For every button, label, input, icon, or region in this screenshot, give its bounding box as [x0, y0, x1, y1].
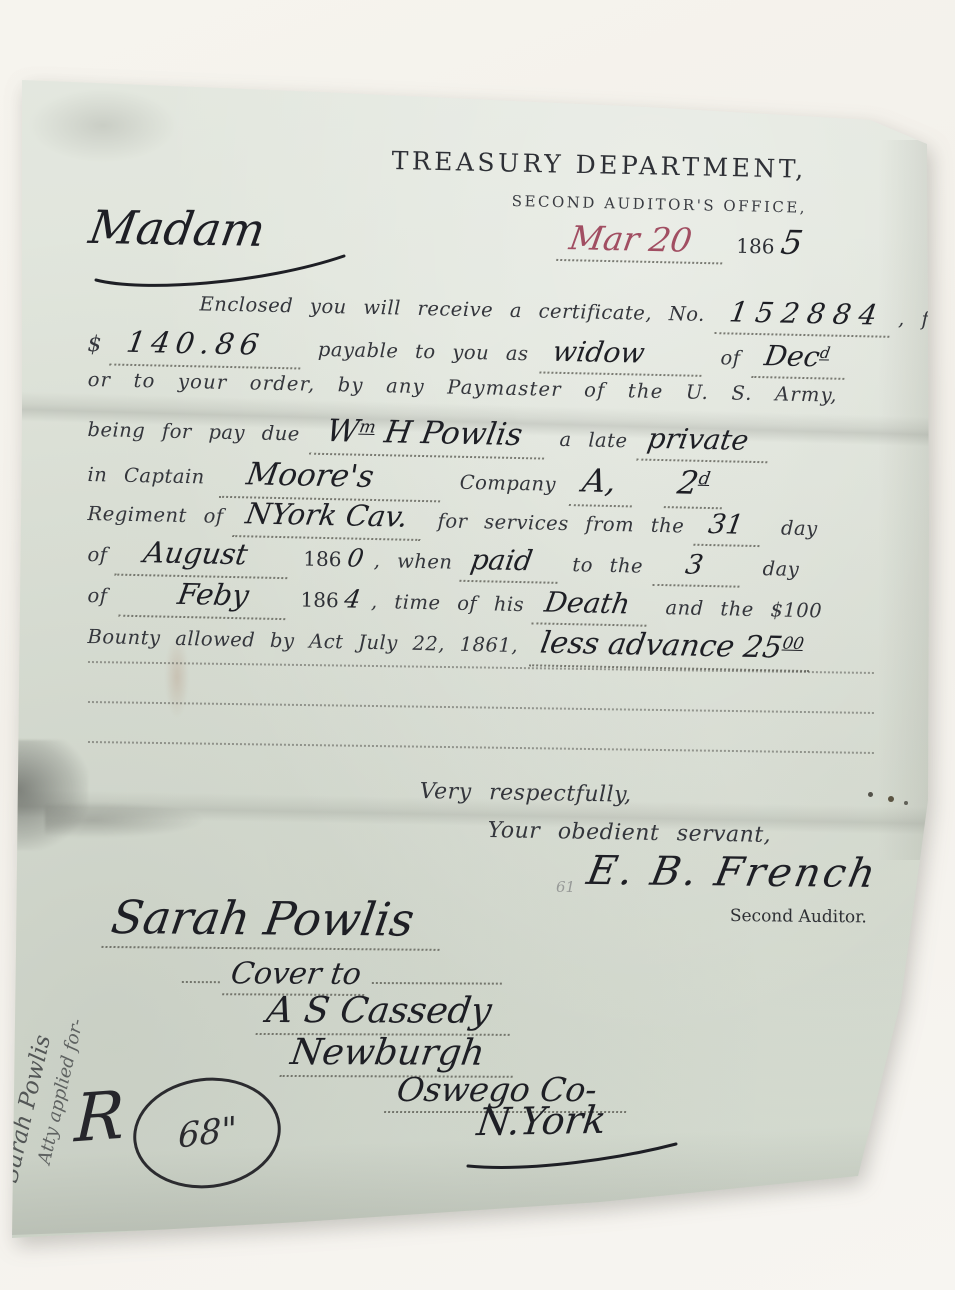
soldier-surname: H Powlis: [372, 414, 525, 453]
printed-text: , for: [898, 307, 952, 331]
deceased-sup: d: [819, 344, 832, 362]
certificate-number: 152884: [714, 294, 895, 338]
paid-to-day: 3: [652, 547, 745, 588]
death-cause: Death: [531, 584, 652, 627]
stain-top-left: [28, 88, 178, 163]
printed-text: Bounty allowed by Act July 22, 1861,: [87, 625, 518, 657]
speck: [888, 796, 894, 802]
printed-text: of: [720, 346, 740, 369]
closing-respectfully: Very respectfully,: [420, 779, 632, 808]
header-department: TREASURY DEPARTMENT,: [391, 146, 807, 184]
printed-text: of: [87, 584, 107, 607]
death-year-digit: 4: [342, 583, 363, 616]
circled-number-oval: 68": [127, 1069, 287, 1196]
edge-shading-right: [878, 140, 930, 860]
paper-shadow: TREASURY DEPARTMENT, SECOND AUDITOR'S OF…: [0, 0, 955, 1290]
printed-text: day: [781, 517, 818, 541]
regiment-number: 2d: [664, 462, 729, 509]
printed-text: , time of his: [371, 590, 525, 616]
date-year-digit: 5: [779, 223, 806, 262]
printed-text: for services from the: [437, 509, 684, 537]
ink-smudge-left: [0, 740, 88, 850]
regiment-number-sup: d: [698, 469, 712, 489]
deceased-abbr: Decd: [751, 338, 850, 380]
date-written: Mar 20: [556, 218, 729, 264]
letter-mark: R: [73, 1077, 125, 1158]
docket-state: N.York: [475, 1098, 609, 1144]
printed-text: a late: [559, 428, 628, 452]
soldier-initial: W: [324, 413, 362, 450]
printed-text: to the: [572, 553, 643, 577]
docket-recipient: Sarah Powlis: [101, 890, 447, 951]
printed-text: of: [87, 543, 107, 566]
signature: E. B. French: [583, 848, 882, 897]
deduction-note: less advance 2500: [529, 623, 816, 672]
dotted-blank: [372, 980, 502, 985]
speck: [868, 792, 873, 797]
dotted-blank: [182, 979, 220, 983]
service-start-year-digit: 0: [345, 542, 366, 575]
blank-ruled-line: [88, 701, 874, 714]
printed-text: being for pay due: [87, 418, 300, 445]
dollar-sign: $: [87, 332, 102, 357]
circled-number: 68": [177, 1109, 236, 1157]
signature-title: Second Auditor.: [730, 906, 867, 927]
printed-text: Regiment of: [87, 502, 223, 528]
rank-value: private: [637, 421, 774, 464]
amount-value: 140.86: [109, 324, 307, 370]
printed-year-prefix: 186: [303, 547, 342, 572]
printed-text: Enclosed you will receive a certificate,…: [199, 292, 705, 326]
photo-background: TREASURY DEPARTMENT, SECOND AUDITOR'S OF…: [0, 0, 955, 1290]
death-month: Feby: [118, 575, 291, 620]
paid-value: paid: [459, 542, 563, 584]
printed-year-prefix: 186: [300, 587, 339, 612]
paper: TREASURY DEPARTMENT, SECOND AUDITOR'S OF…: [0, 0, 955, 1290]
pencil-note: 61: [556, 878, 575, 896]
state-flourish: [462, 1142, 682, 1172]
relation-value: widow: [539, 334, 707, 378]
service-start-month: August: [114, 534, 294, 579]
company-letter: A,: [569, 460, 640, 507]
printed-text: in Captain: [87, 463, 205, 488]
regiment-name: NYork Cav.: [232, 495, 426, 540]
blank-ruled-line: [88, 741, 874, 754]
service-start-day: 31: [693, 507, 766, 547]
deduction-text: less advance 25: [538, 626, 785, 666]
printed-text: day: [762, 557, 799, 581]
printed-text: and the $100: [665, 596, 822, 622]
printed-text: , when: [374, 549, 453, 574]
deduction-sup: 00: [781, 634, 805, 653]
closing-servant: Your obedient servant,: [488, 818, 772, 848]
printed-text: Company: [460, 471, 557, 496]
header-office: SECOND AUDITOR'S OFFICE,: [512, 192, 808, 217]
speck: [904, 801, 908, 805]
date-line: Mar 20 186 5: [559, 218, 803, 266]
deceased-text: Dec: [762, 339, 822, 373]
date-year-printed: 186: [736, 234, 775, 259]
printed-text: payable to you as: [318, 338, 529, 365]
docket-care-of: A S Cassedy: [256, 990, 517, 1036]
soldier-name: Wm H Powlis: [309, 411, 551, 460]
smudge-trail: [45, 802, 205, 838]
office-title: SECOND AUDITOR'S OFFICE,: [512, 192, 808, 217]
department-title: TREASURY DEPARTMENT,: [391, 146, 807, 184]
